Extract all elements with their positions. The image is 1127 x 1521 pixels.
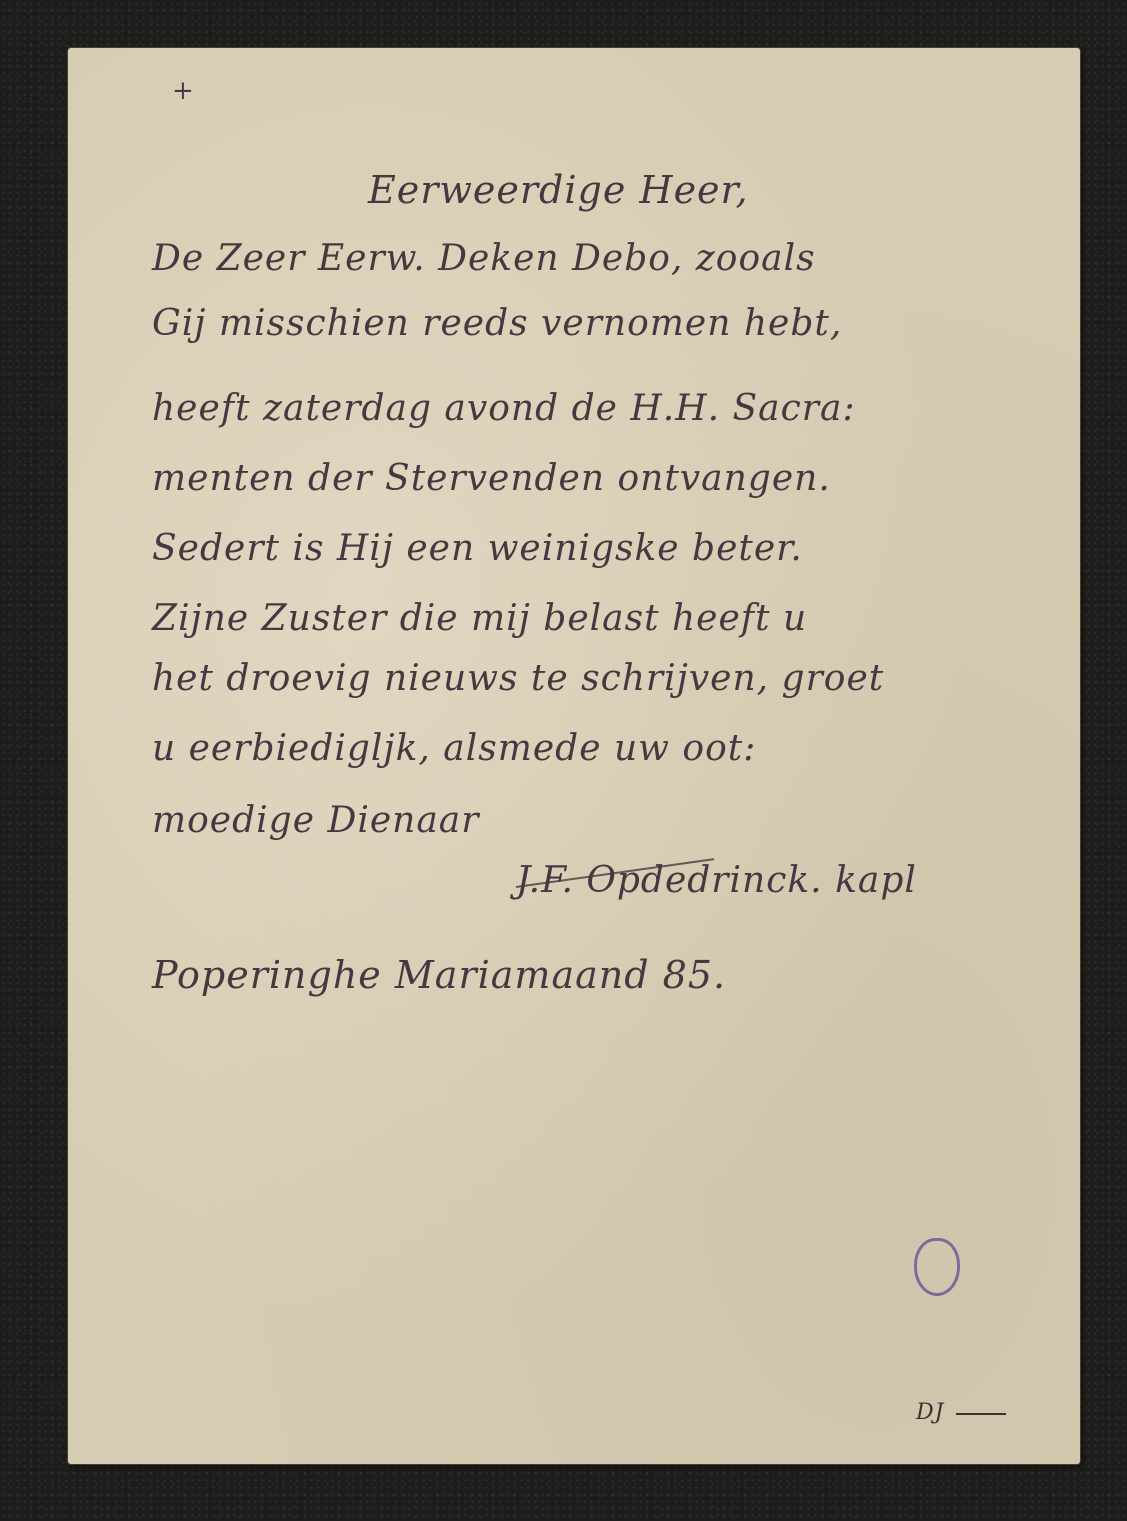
body-line: Zijne Zuster die mij belast heeft u: [152, 598, 807, 639]
body-line: u eerbiedigljk, alsmede uw oot:: [152, 728, 756, 769]
body-line: Gij misschien reeds vernomen hebt,: [152, 303, 842, 344]
cross-mark: +: [172, 76, 195, 106]
body-line: menten der Stervenden ontvangen.: [152, 458, 831, 499]
body-line: De Zeer Eerw. Deken Debo, zooals: [152, 238, 816, 279]
letter-card: + Eerweerdige Heer, De Zeer Eerw. Deken …: [68, 48, 1080, 1464]
place-date: Poperinghe Mariamaand 85.: [152, 953, 726, 997]
signature: J.F. Opdedrinck. kapl: [516, 860, 917, 901]
archive-initials: DJ: [916, 1400, 944, 1425]
body-line: het droevig nieuws te schrijven, groet: [152, 658, 884, 699]
body-line: moedige Dienaar: [152, 800, 479, 841]
archive-initials-line: [956, 1413, 1006, 1415]
body-line: heeft zaterdag avond de H.H. Sacra:: [152, 388, 856, 429]
salutation: Eerweerdige Heer,: [368, 168, 749, 212]
circled-zero-mark: [914, 1238, 960, 1296]
body-line: Sedert is Hij een weinigske beter.: [152, 528, 803, 569]
